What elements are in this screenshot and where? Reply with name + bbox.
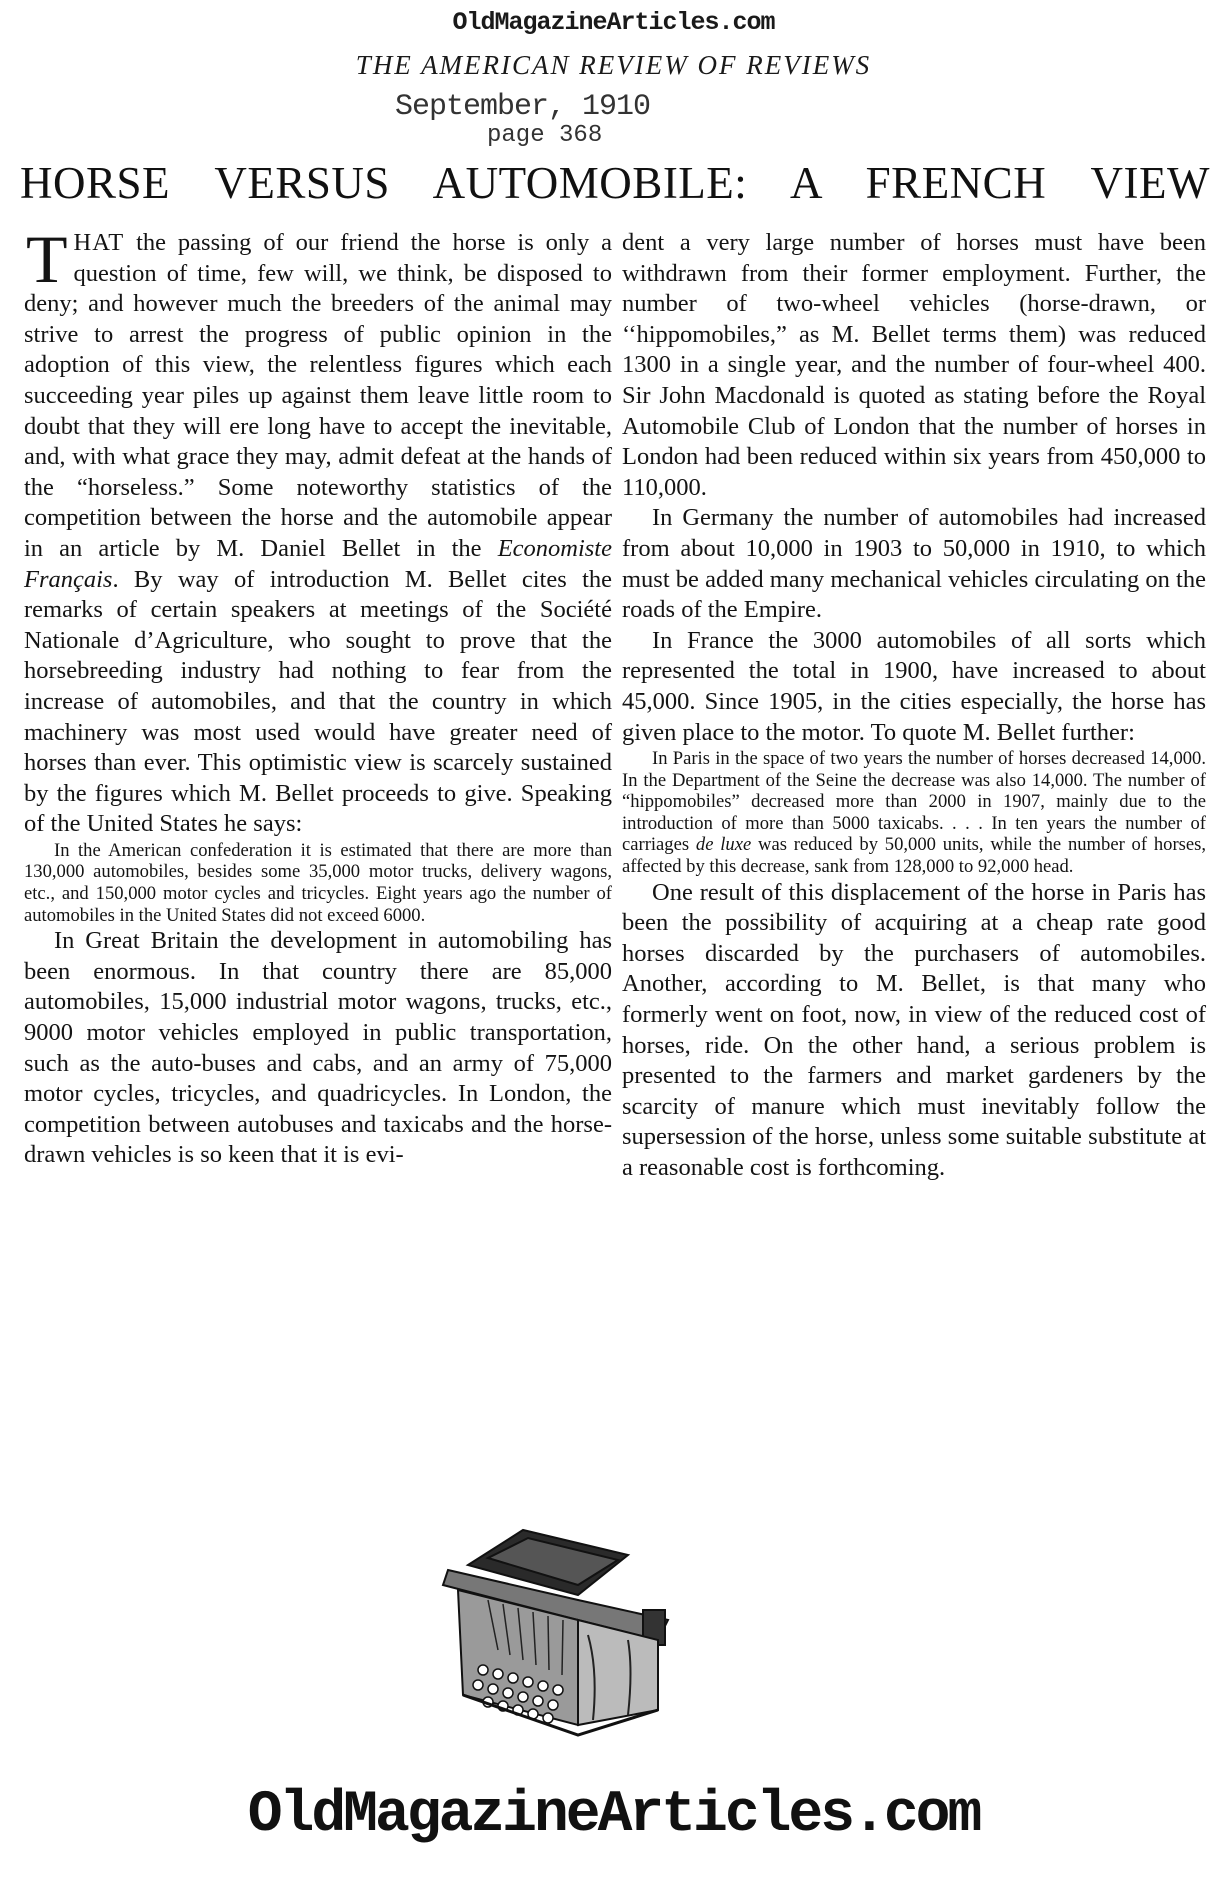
italic-term: de luxe xyxy=(696,834,751,855)
paragraph-conclusion: One result of this displacement of the h… xyxy=(622,878,1206,1184)
lead-word: HAT xyxy=(74,229,125,256)
article-title: HORSE VERSUS AUTOMOBILE: A FRENCH VIEW xyxy=(20,158,1210,208)
paragraph-germany: In Germany the number of automobiles had… xyxy=(622,503,1206,625)
paragraph-intro: THAT the passing of our friend the horse… xyxy=(24,228,612,840)
paragraph-text: . By way of introduction M. Bellet cites… xyxy=(24,566,612,838)
magazine-name: THE AMERICAN REVIEW OF REVIEWS xyxy=(0,50,1227,81)
paragraph-great-britain: In Great Britain the development in auto… xyxy=(24,926,612,1171)
paragraph-london: dent a very large number of horses must … xyxy=(622,228,1206,503)
left-column: THAT the passing of our friend the horse… xyxy=(24,228,612,1171)
issue-date: September, 1910 xyxy=(395,90,650,124)
block-quote-paris: In Paris in the space of two years the n… xyxy=(622,748,1206,878)
paragraph-text: the passing of our friend the horse is o… xyxy=(24,229,612,562)
paragraph-france: In France the 3000 automobiles of all so… xyxy=(622,626,1206,748)
page-number: page 368 xyxy=(487,122,602,149)
typewriter-icon xyxy=(428,1510,748,1740)
right-column: dent a very large number of horses must … xyxy=(622,228,1206,1184)
header-site-name: OldMagazineArticles.com xyxy=(0,8,1227,37)
footer-site-name: OldMagazineArticles.com xyxy=(0,1783,1227,1848)
block-quote-united-states: In the American confederation it is esti… xyxy=(24,840,612,926)
drop-cap: T xyxy=(26,232,68,286)
